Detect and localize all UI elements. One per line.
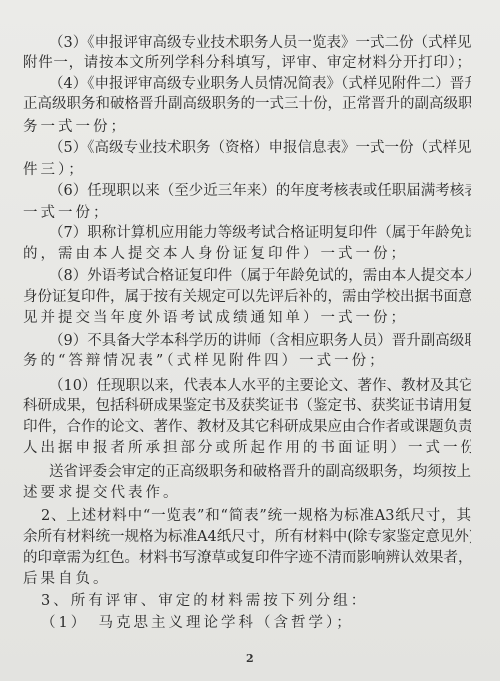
text-line: （5）《高级专业技术职务（资格）申报信息表》一式一份（式样见附 — [49, 138, 471, 158]
text-line: （4）《申报评审高级专业职务人员情况简表》（式样见附件二）晋升 — [49, 74, 471, 94]
text-line: 件三）； — [23, 160, 471, 180]
text-line: 的，需由本人提交本人身份证复印件）一式一份； — [23, 244, 471, 264]
text-line: 后果自负。 — [23, 569, 471, 589]
text-line: 人出据申报者所承担部分或所起作用的书面证明）一式一份； — [23, 438, 471, 458]
text-line: 印件，合作的论文、著作、教材及其它科研成果应由合作者或课题负责 — [23, 417, 471, 437]
section-heading: 3、所有评审、审定的材料需按下列分组： — [41, 591, 471, 611]
text-line: （10）任现职以来，代表本人水平的主要论文、著作、教材及其它 — [49, 376, 471, 396]
text-line: 的印章需为红色。材料书写潦草或复印件字迹不清而影响辨认效果者， — [23, 548, 471, 568]
text-line: （3）《申报评审高级专业技术职务人员一览表》一式二份（式样见 — [49, 33, 471, 53]
text-line: （9）不具备大学本科学历的讲师（含相应职务人员）晋升副高级职 — [49, 331, 471, 351]
text-line: 身份证复印件，属于按有关规定可以先评后补的，需由学校出据书面意 — [23, 287, 471, 307]
text-line: 务的“答辩情况表”（式样见附件四）一式一份； — [23, 351, 471, 371]
text-line: 一式一份； — [23, 203, 471, 223]
page-number: 2 — [246, 652, 254, 665]
text-line: 见并提交当年度外语考试成绩通知单）一式一份； — [23, 308, 471, 328]
text-line: 2、上述材料中“一览表”和“简表”统一规格为标准A3纸尺寸，其 — [41, 506, 471, 526]
text-line: 务一式一份； — [23, 117, 471, 137]
text-line: （7）职称计算机应用能力等级考试合格证明复印件（属于年龄免试 — [49, 223, 471, 243]
text-line: 科研成果，包括科研成果鉴定书及获奖证书（鉴定书、获奖证书请用复 — [23, 396, 471, 416]
document-page: （3）《申报评审高级专业技术职务人员一览表》一式二份（式样见 附件一，请按本文所… — [0, 0, 500, 681]
list-item: （1） 马克思主义理论学科（含哲学）； — [41, 613, 471, 633]
text-line: 余所有材料统一规格为标准A4纸尺寸，所有材料中(除专家鉴定意见外) — [23, 527, 471, 547]
text-line: （8）外语考试合格证复印件（属于年龄免试的，需由本人提交本人 — [49, 266, 471, 286]
text-line: （6）任现职以来（至少近三年来）的年度考核表或任职届满考核表 — [49, 181, 471, 201]
text-line: 述要求提交代表作。 — [23, 483, 471, 503]
text-line: 正高级职务和破格晋升副高级职务的一式三十份，正常晋升的副高级职 — [23, 94, 471, 114]
text-line: 送省评委会审定的正高级职务和破格晋升的副高级职务，均须按上 — [49, 462, 471, 482]
text-line: 附件一，请按本文所列学科分科填写，评审、审定材料分开打印）； — [23, 53, 471, 73]
